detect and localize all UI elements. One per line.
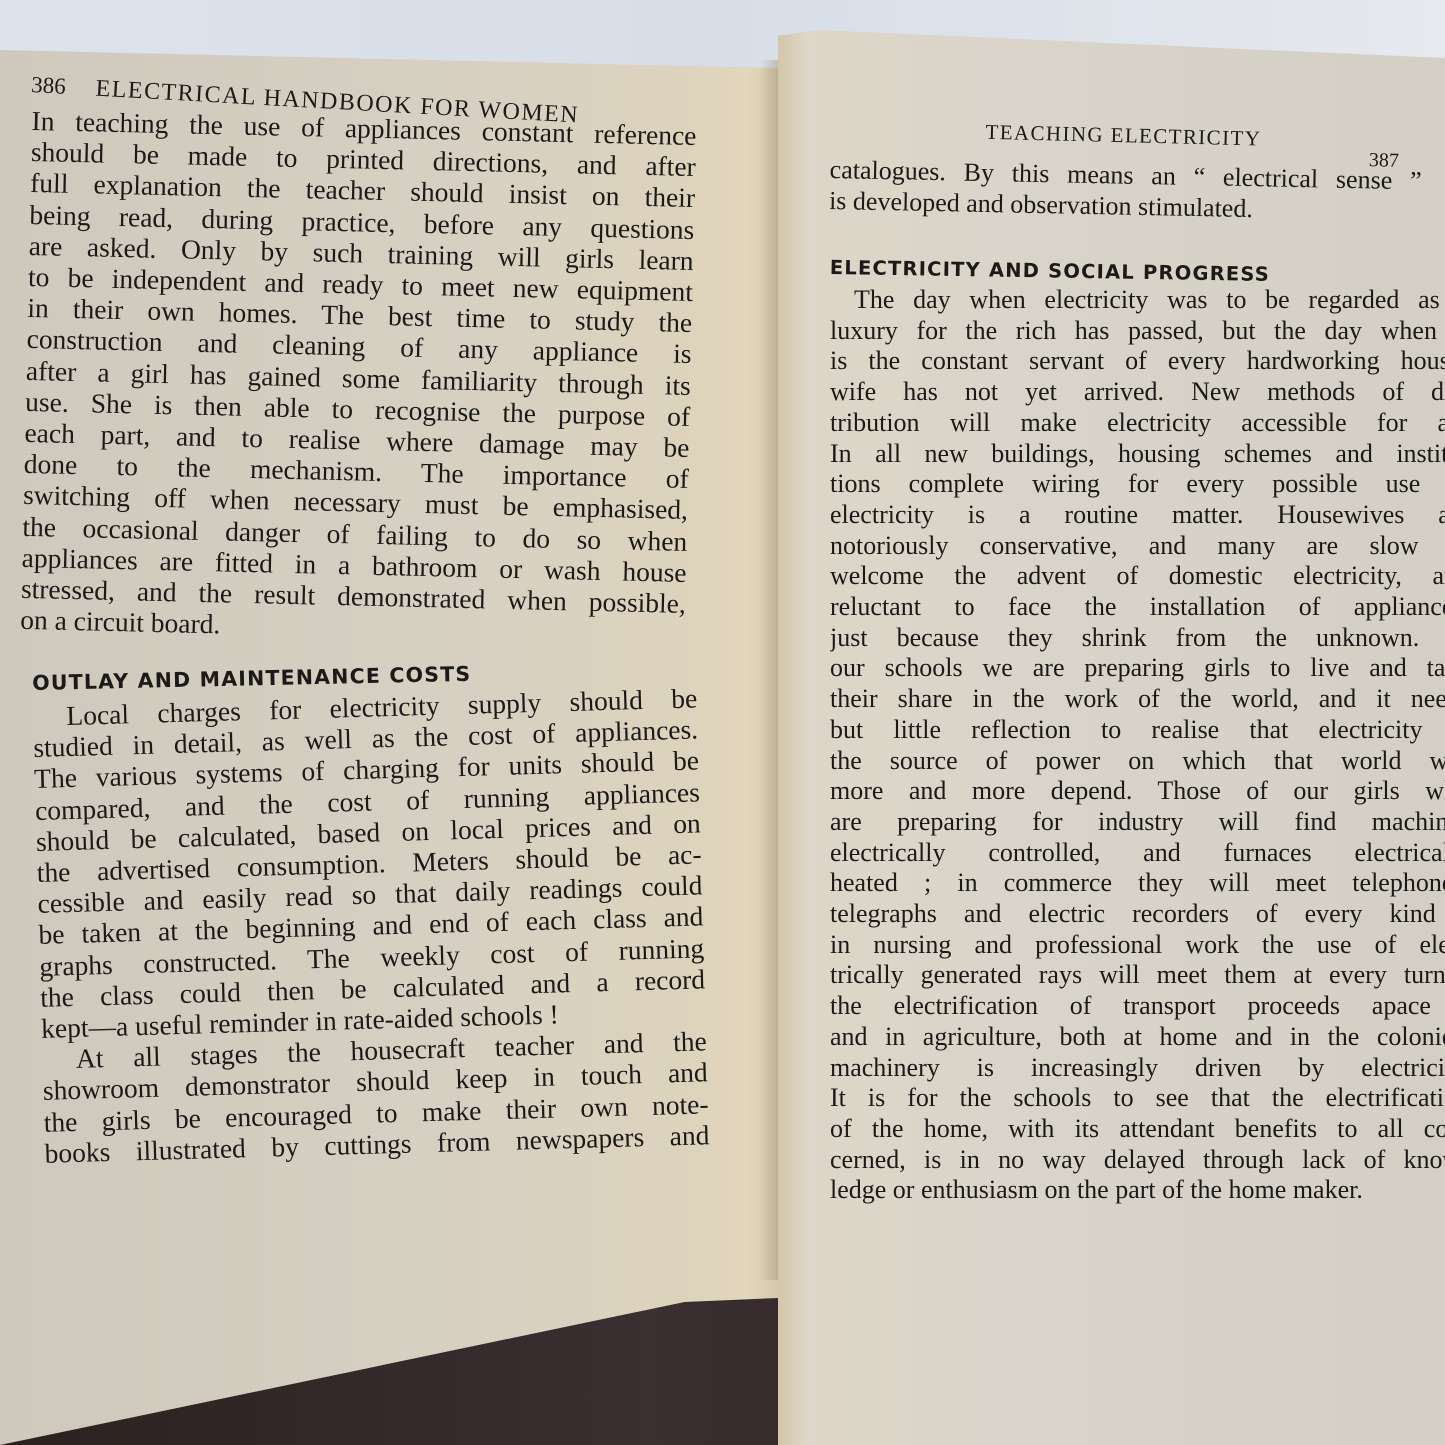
text-line: The day when electricity was to be regar…: [830, 285, 1445, 316]
text-line: notoriously conservative, and many are s…: [830, 531, 1445, 562]
text-line: trically generated rays will meet them a…: [830, 960, 1445, 991]
text-line: our schools we are preparing girls to li…: [830, 653, 1445, 684]
text-line: just because they shrink from the unknow…: [830, 623, 1445, 654]
text-line: ledge or enthusiasm on the part of the h…: [830, 1175, 1445, 1206]
gutter-shade: [778, 30, 808, 1445]
text-line: more and more depend. Those of our girls…: [830, 776, 1445, 807]
chapter-title: TEACHING ELECTRICITY: [985, 120, 1261, 152]
text-line: tions complete wiring for every possible…: [830, 469, 1445, 500]
text-line: their share in the work of the world, an…: [830, 684, 1445, 715]
text-line: and in agriculture, both at home and in …: [830, 1022, 1445, 1053]
paragraph-continuation: catalogues. By this means an “ electrica…: [830, 154, 1422, 227]
text-line: electrically controlled, and furnaces el…: [830, 838, 1445, 869]
right-page-text: TEACHING ELECTRICITY 387 catalogues. By …: [830, 110, 1445, 1206]
text-line: cerned, is in no way delayed through lac…: [830, 1145, 1445, 1176]
paragraph-costs: Local charges for electricity supply sho…: [32, 683, 710, 1169]
text-line: heated ; in commerce they will meet tele…: [830, 868, 1445, 899]
text-line: in nursing and professional work the use…: [830, 930, 1445, 961]
text-line: machinery is increasingly driven by elec…: [830, 1053, 1445, 1084]
text-line: of the home, with its attendant benefits…: [830, 1114, 1445, 1145]
text-line: but little reflection to realise that el…: [830, 715, 1445, 746]
text-line: welcome the advent of domestic electrici…: [830, 561, 1445, 592]
text-line: reluctant to face the installation of ap…: [830, 592, 1445, 623]
text-line: are preparing for industry will find mac…: [830, 807, 1445, 838]
text-line: telegraphs and electric recorders of eve…: [830, 899, 1445, 930]
page-number-left: 386: [31, 72, 67, 100]
text-line: In all new buildings, housing schemes an…: [830, 439, 1445, 470]
paragraph-social-progress: The day when electricity was to be regar…: [830, 285, 1445, 1206]
text-line: It is for the schools to see that the el…: [830, 1083, 1445, 1114]
left-page-text: 386 ELECTRICAL HANDBOOK FOR WOMEN In tea…: [32, 72, 697, 1170]
text-line: wife has not yet arrived. New methods of…: [830, 377, 1445, 408]
text-line: luxury for the rich has passed, but the …: [830, 316, 1445, 347]
text-line: the electrification of transport proceed…: [830, 991, 1445, 1022]
book-photo: 386 ELECTRICAL HANDBOOK FOR WOMEN In tea…: [0, 0, 1445, 1445]
text-line: is the constant servant of every hardwor…: [830, 346, 1445, 377]
right-page-clip: TEACHING ELECTRICITY 387 catalogues. By …: [830, 0, 1445, 1445]
text-line: the source of power on which that world …: [830, 746, 1445, 777]
text-line: electricity is a routine matter. Housewi…: [830, 500, 1445, 531]
paragraph-appliances: In teaching the use of appliances consta…: [20, 105, 697, 650]
text-line: tribution will make electricity accessib…: [830, 408, 1445, 439]
